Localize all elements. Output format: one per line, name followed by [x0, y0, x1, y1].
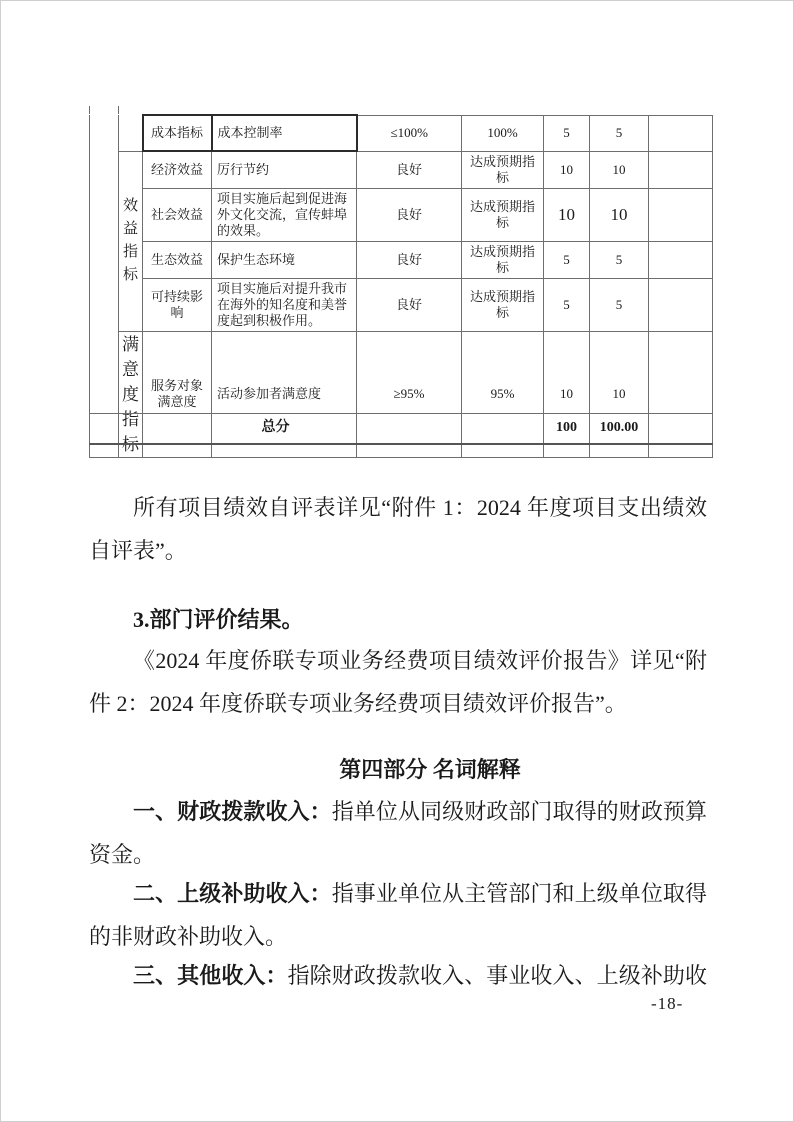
cell-sub-category: 可持续影响	[143, 278, 212, 331]
cell-remark-empty	[649, 278, 713, 331]
cell-category-benefit: 效益指标	[119, 151, 143, 331]
term2-label: 二、上级补助收入：	[133, 881, 332, 906]
total-empty	[462, 414, 544, 444]
cell-indicator-name: 项目实施后起到促进海外文化交流，宣传蚌埠的效果。	[212, 188, 357, 241]
cell-weight: 5	[544, 241, 590, 278]
cell-sub-category: 经济效益	[143, 151, 212, 188]
cell-target-value: 良好	[357, 278, 462, 331]
cell-sub-category: 社会效益	[143, 188, 212, 241]
table-row: 生态效益 保护生态环境 良好 达成预期指标 5 5	[90, 241, 713, 278]
total-label: 总分	[90, 414, 462, 444]
table-row: 可持续影响 项目实施后对提升我市在海外的知名度和美誉度起到积极作用。 良好 达成…	[90, 278, 713, 331]
paragraph-self-eval-line2: 自评表”。	[89, 529, 707, 572]
cell-score: 10	[590, 188, 649, 241]
paragraph-term1-line1: 一、财政拨款收入：指单位从同级财政部门取得的财政预算	[89, 790, 707, 833]
term1-label: 一、财政拨款收入：	[133, 799, 332, 824]
cell-target-value: 良好	[357, 188, 462, 241]
cell-weight: 5	[544, 115, 590, 151]
cell-score: 5	[590, 241, 649, 278]
cell-target-value: 良好	[357, 241, 462, 278]
heading-dept-evaluation: 3.部门评价结果。	[89, 598, 707, 641]
heading-part4: 第四部分 名词解释	[89, 748, 707, 791]
total-weight: 100	[544, 414, 590, 444]
cell-indicator-name: 厉行节约	[212, 151, 357, 188]
cell-actual-value: 达成预期指标	[462, 188, 544, 241]
cell-indicator-name: 保护生态环境	[212, 241, 357, 278]
table-row: 社会效益 项目实施后起到促进海外文化交流，宣传蚌埠的效果。 良好 达成预期指标 …	[90, 188, 713, 241]
cell-weight: 10	[544, 151, 590, 188]
table-continuation-line	[89, 106, 90, 114]
paragraph-report-line1: 《2024 年度侨联专项业务经费项目绩效评价报告》详见“附	[89, 639, 707, 682]
cell-remark-empty	[649, 188, 713, 241]
table-row: 成本指标 成本控制率 ≤100% 100% 5 5	[90, 115, 713, 151]
cell-remark-empty	[649, 241, 713, 278]
paragraph-term3-line1: 三、其他收入：指除财政拨款收入、事业收入、上级补助收	[89, 954, 707, 997]
cell-actual-value: 100%	[462, 115, 544, 151]
paragraph-term2-line1: 二、上级补助收入：指事业单位从主管部门和上级单位取得	[89, 872, 707, 915]
cell-actual-value: 达成预期指标	[462, 151, 544, 188]
paragraph-report-line2: 件 2：2024 年度侨联专项业务经费项目绩效评价报告”。	[89, 682, 707, 725]
cell-indicator-name: 项目实施后对提升我市在海外的知名度和美誉度起到积极作用。	[212, 278, 357, 331]
paragraph-self-eval-line1: 所有项目绩效自评表详见“附件 1：2024 年度项目支出绩效	[89, 486, 707, 529]
cell-score: 5	[590, 278, 649, 331]
performance-indicator-table: 成本指标 成本控制率 ≤100% 100% 5 5 效益指标 经济效益 厉行节约…	[89, 114, 713, 458]
page-number: -18-	[651, 994, 683, 1014]
cell-score: 10	[590, 151, 649, 188]
cell-weight: 5	[544, 278, 590, 331]
term3-text: 指除财政拨款收入、事业收入、上级补助收	[288, 963, 707, 988]
paragraph-term2-line2: 的非财政补助收入。	[89, 915, 707, 958]
cell-actual-value: 达成预期指标	[462, 241, 544, 278]
cell-weight: 10	[544, 188, 590, 241]
term1-text: 指单位从同级财政部门取得的财政预算	[332, 799, 707, 824]
table-continuation-line	[118, 106, 119, 114]
cell-target-value: ≤100%	[357, 115, 462, 151]
cell-remark-empty	[649, 115, 713, 151]
cell-score: 5	[590, 115, 649, 151]
total-score: 100.00	[590, 414, 649, 444]
cell-remark-empty	[649, 151, 713, 188]
document-page: 成本指标 成本控制率 ≤100% 100% 5 5 效益指标 经济效益 厉行节约…	[0, 0, 794, 1122]
table-row: 效益指标 经济效益 厉行节约 良好 达成预期指标 10 10	[90, 151, 713, 188]
total-remark-empty	[649, 414, 713, 444]
cell-outer-category-empty	[90, 115, 119, 457]
total-score-row: 总分 100 100.00	[89, 413, 713, 445]
cell-category-empty	[119, 115, 143, 151]
term3-label: 三、其他收入：	[133, 963, 288, 988]
term2-text: 指事业单位从主管部门和上级单位取得	[332, 881, 707, 906]
cell-indicator-name: 成本控制率	[212, 115, 357, 151]
cell-actual-value: 达成预期指标	[462, 278, 544, 331]
paragraph-term1-line2: 资金。	[89, 833, 707, 876]
cell-target-value: 良好	[357, 151, 462, 188]
cell-sub-category: 生态效益	[143, 241, 212, 278]
cell-sub-category: 成本指标	[143, 115, 212, 151]
